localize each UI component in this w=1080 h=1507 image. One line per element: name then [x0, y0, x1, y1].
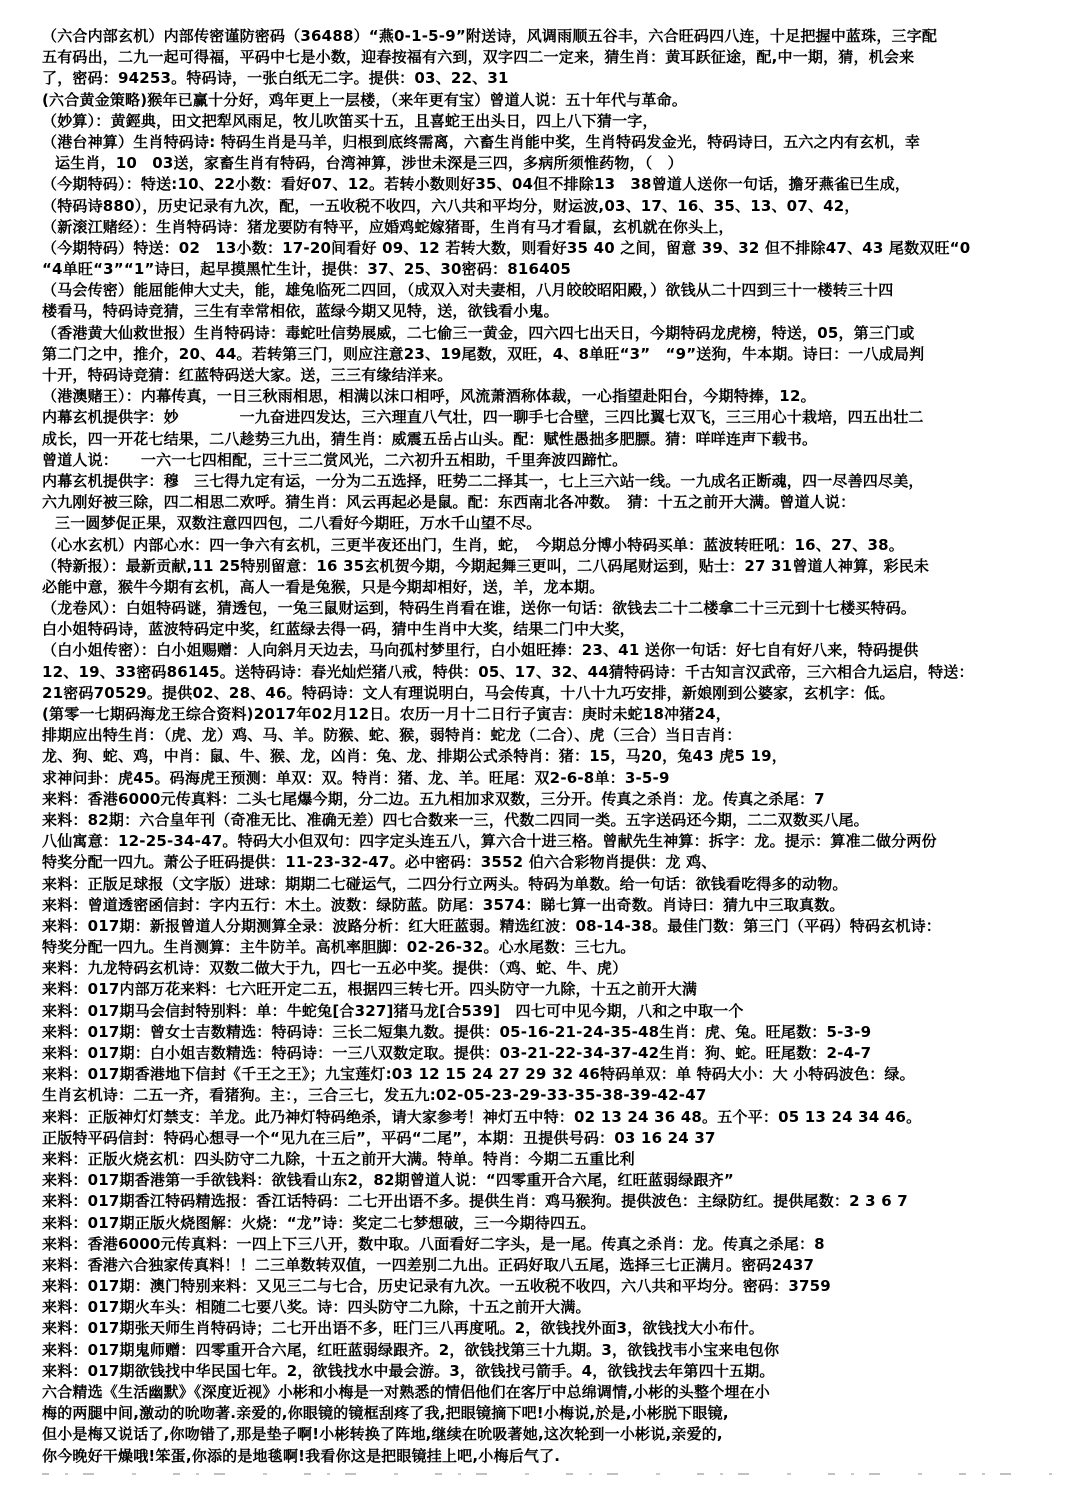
text-line: （新滚江赌经）：生肖特码诗：猪龙要防有特平，应婚鸡蛇嫁猪哥，生肖有马才看鼠，玄机…: [42, 217, 1052, 238]
text-line: 来料：017期香江特码精选报：香江话特码：二七开出语不多。提供生肖：鸡马猴狗。提…: [42, 1191, 1052, 1212]
text-line: 来料：香港6000元传真料：一四上下三八开，数中取。八面看好二字头，是一尾。传真…: [42, 1234, 1052, 1255]
text-line: 来料：017期马会信封特别料：单：牛蛇兔[合327]猪马龙[合539] 四七可中…: [42, 1001, 1052, 1022]
text-line: （港澳赌王）：内幕传真，一日三秋雨相思，相满以沫口相呼，风流萧酒称体裁，一心指望…: [42, 386, 1052, 407]
text-line: 必能中意，猴牛今期有玄机，高人一看是兔猴，只是今期却相好，送，羊，龙本期。: [42, 577, 1052, 598]
text-line: (六合黄金策略)猴年已赢十分好，鸡年更上一层楼，（来年更有宝）曾道人说：五十年代…: [42, 90, 1052, 111]
text-line: 龙、狗、蛇、鸡，中肖：鼠、牛、猴、龙，凶肖：兔、龙、排期公式杀特肖：猪：15，马…: [42, 746, 1052, 767]
document-body: （六合内部玄机）内部传密谨防密码（36488）“燕0-1-5-9”附送诗，风调雨…: [42, 26, 1052, 1467]
text-line: （特新报）：最新贡献,11 25特别留意：16 35玄机贺今期，今期起舞三更叫，…: [42, 556, 1052, 577]
text-line: 12、19、33密码86145。送特码诗：春光灿烂猪八戒，特供：05、17、32…: [42, 662, 1052, 683]
clipped-glyph-fragments: [42, 1469, 1052, 1476]
text-line: （妙算）：黄鋞典，田文把犁风雨足，牧儿吹笛买十五，且喜蛇王出头日，四上八下猜一字…: [42, 111, 1052, 132]
text-line: 了，密码：94253。特码诗，一张白纸无二字。提供：03、22、31: [42, 68, 1052, 89]
text-line: 求神问卦：虎45。码海虎王预测：单双：双。特肖：猪、龙、羊。旺尾：双2-6-8单…: [42, 768, 1052, 789]
text-line: 白小姐特码诗，蓝波特码定中奖，红蓝绿去得一码，猜中生肖中大奖，结果二门中大奖，: [42, 619, 1052, 640]
text-line: 楼看马，特码诗竞猜，三生有幸常相依，蓝绿今期又见特，送，欲钱看小鬼。: [42, 301, 1052, 322]
text-line: 来料：82期：六合皇年刊（奇准无比、准确无差）四七合数来一三，代数二四同一类。五…: [42, 810, 1052, 831]
text-line: 三一圆梦促正果，双数注意四四包，二八看好今期旺，万水千山望不尽。: [42, 513, 1052, 534]
clipped-text-line: [42, 1469, 1052, 1476]
text-line: 特奖分配一四九。萧公子旺码提供：11-23-32-47。必中密码：3552 伯六…: [42, 852, 1052, 873]
text-line: 特奖分配一四九。生肖测算：主牛防羊。高机率胆脚：02-26-32。心水尾数：三七…: [42, 937, 1052, 958]
text-line: 曾道人说： 一六一七四相配，三十三二赏风光，二六初升五相助，千里奔波四蹄忙。: [42, 450, 1052, 471]
text-line: 五有码出，二九一起可得福，平码中七是小数，迎春按福有六到，双字四二一定来，猜生肖…: [42, 47, 1052, 68]
text-line: （今期特码）特送：02 13小数：17-20间看好 09、12 若转大数，则看好…: [42, 238, 1052, 259]
text-line: 来料：017期正版火烧图解：火烧：“龙”诗：奖定二七梦想破，三一今期待四五。: [42, 1213, 1052, 1234]
text-line: 正版特平码信封：特码心想寻一个“见九在三后”，平码“二尾”，本期：丑提供号码：0…: [42, 1128, 1052, 1149]
text-line: 来料：017期张天师生肖特码诗；二七开出语不多，旺门三八再度吼。2，欲钱找外面3…: [42, 1318, 1052, 1339]
text-line: （龙卷风）：白姐特码谜，猜透包，一兔三鼠财运到，特码生肖看在谁，送你一句话：欲钱…: [42, 598, 1052, 619]
text-line: 你今晚好干燥哦!笨蛋,你添的是地毯啊!我看你这是把眼镜挂上吧,小梅后气了.: [42, 1446, 1052, 1467]
text-line: 来料：曾道透密函信封：字内五行：木土。波数：绿防蓝。防尾：3574：睇七算一出奇…: [42, 895, 1052, 916]
text-line: （今期特码）：特送:10、22小数：看好07、12。若转小数则好35、04但不排…: [42, 174, 1052, 195]
text-line: 来料：017期：白小姐吉数精选：特码诗：一三八双数定取。提供：03-21-22-…: [42, 1043, 1052, 1064]
text-line: （香港黄大仙救世报）生肖特码诗：毒蛇吐信势展威，二七偷三一黄金，四六四七出天日，…: [42, 323, 1052, 344]
text-line: 梅的两腿中间,激动的吮吻著.亲爱的,你眼镜的镜框刮疼了我,把眼镜摘下吧!小梅说,…: [42, 1403, 1052, 1424]
text-line: 十开，特码诗竞猜：红蓝特码送大家。送，三三有缘结洋来。: [42, 365, 1052, 386]
text-line: 来料：017期香港第一手欲钱料：欲钱看山东2，82期曾道人说：“四零重开合六尾，…: [42, 1170, 1052, 1191]
text-line: (第零一七期码海龙王综合资料)2017年02月12日。农历一月十二日行子寅吉：庚…: [42, 704, 1052, 725]
text-line: （特码诗880），历史记录有九次，配，一五收税不收四，六八共和平均分，财运波,0…: [42, 196, 1052, 217]
document: （六合内部玄机）内部传密谨防密码（36488）“燕0-1-5-9”附送诗，风调雨…: [0, 0, 1080, 1507]
text-line: 来料：香港6000元传真料：二头七尾爆今期，分二边。五九相加求双数，三分开。传真…: [42, 789, 1052, 810]
text-line: 来料：017期：新报曾道人分期测算全录：波路分析：红大旺蓝弱。精选红波：08-1…: [42, 916, 1052, 937]
text-line: 21密码70529。提供02、28、46。特码诗：文人有理说明白，马会传真，十八…: [42, 683, 1052, 704]
text-line: 第二门之中，推介，20、44。若转第三门，则应注意23、19尾数，双旺，4、8单…: [42, 344, 1052, 365]
text-line: 内幕玄机提供字：穆 三七得九定有运，一分为二五选择，旺势二二择其一，七上三六站一…: [42, 471, 1052, 492]
text-line: 来料：香港六合独家传真料！！二三单数转双值，一四差别二九出。正码好取八五尾，选择…: [42, 1255, 1052, 1276]
text-line: 排期应出特生肖：（虎、龙）鸡、马、羊。防猴、蛇、猴，弱特肖：蛇龙（二合）、虎（三…: [42, 725, 1052, 746]
text-line: 来料：017期欲钱找中华民国七年。2，欲钱找水中最会游。3，欲钱找弓箭手。4，欲…: [42, 1361, 1052, 1382]
text-line: 但小是梅又说话了,你吻错了,那是垫子啊!小彬转换了阵地,继续在吮吸著她,这次轮到…: [42, 1424, 1052, 1445]
text-line: 来料：017期：澳门特别来料：又见三二与七合，历史记录有九次。一五收税不收四，六…: [42, 1276, 1052, 1297]
text-line: 八仙寓意：12-25-34-47。特码大小但双句：四字定头连五八，算六合十进三格…: [42, 831, 1052, 852]
text-line: 来料：017期火车头：相随二七要八奖。诗：四头防守二九除，十五之前开大满。: [42, 1297, 1052, 1318]
text-line: （心水玄机）内部心水：四一争六有玄机，三更半夜还出门，生肖，蛇， 今期总分博小特…: [42, 535, 1052, 556]
text-line: 成长，四一开花七结果，二八趁势三九出，猜生肖：威震五岳占山头。配：赋性愚拙多肥膘…: [42, 429, 1052, 450]
text-line: 六合精选《生活幽默》《深度近视》小彬和小梅是一对熟悉的情侣他们在客厅中总绵调情,…: [42, 1382, 1052, 1403]
text-line: “4单旺“3”“1”诗曰，起早摸黑忙生计，提供：37、25、30密码：81640…: [42, 259, 1052, 280]
text-line: 来料：017期：曾女士吉数精选：特码诗：三长二短集九数。提供：05-16-21-…: [42, 1022, 1052, 1043]
text-line: 来料：正版足球报（文字版）进球：期期二七碰运气，二四分行立两头。特码为单数。给一…: [42, 874, 1052, 895]
text-line: 来料：正版神灯灯禁支：羊龙。此乃神灯特码绝杀，请大家参考！神灯五中特：02 13…: [42, 1107, 1052, 1128]
text-line: （六合内部玄机）内部传密谨防密码（36488）“燕0-1-5-9”附送诗，风调雨…: [42, 26, 1052, 47]
text-line: 六九刚好被三除，四二相思二欢呼。猜生肖：风云再起必是鼠。配：东西南北各冲数。 猜…: [42, 492, 1052, 513]
text-line: 生肖玄机诗：二五一齐，看猪狗。主：，三合三七，发五九:02-05-23-29-3…: [42, 1085, 1052, 1106]
text-line: （白小姐传密）：白小姐赐赠：人向斜月天边去，马向孤村梦里行，白小姐旺捧：23、4…: [42, 640, 1052, 661]
text-line: 来料：017内部万花来料：七六旺开定二五，根据四三转七开。四头防守一九除，十五之…: [42, 979, 1052, 1000]
text-line: 来料：正版火烧玄机：四头防守二九除，十五之前开大满。特单。特肖：今期二五重比利: [42, 1149, 1052, 1170]
text-line: 内幕玄机提供字：妙 一九奋进四发达，三六理直八气壮，四一聊手七合壁，三四比翼七双…: [42, 407, 1052, 428]
text-line: 运生肖，10 03送，家畜生肖有特码，台湾神算，涉世未深是三四，多病所须惟药物，…: [42, 153, 1052, 174]
text-line: 来料：九龙特码玄机诗：双数二做大于九，四七一五必中奖。提供：（鸡、蛇、牛、虎）: [42, 958, 1052, 979]
text-line: 来料：017期香港地下信封《千王之王》；九宝莲灯:03 12 15 24 27 …: [42, 1064, 1052, 1085]
text-line: 来料：017期鬼师赠：四零重开合六尾，红旺蓝弱绿跟齐。2，欲钱找第三十九期。3，…: [42, 1340, 1052, 1361]
text-line: （港台神算）生肖特码诗: 特码生肖是马羊，归根到底终需离，六畜生肖能中奖，生肖特…: [42, 132, 1052, 153]
text-line: （马会传密）能屈能伸大丈夫，能，雄兔临死二四回，（成双入对夫妻相，八月皎皎昭阳殿…: [42, 280, 1052, 301]
